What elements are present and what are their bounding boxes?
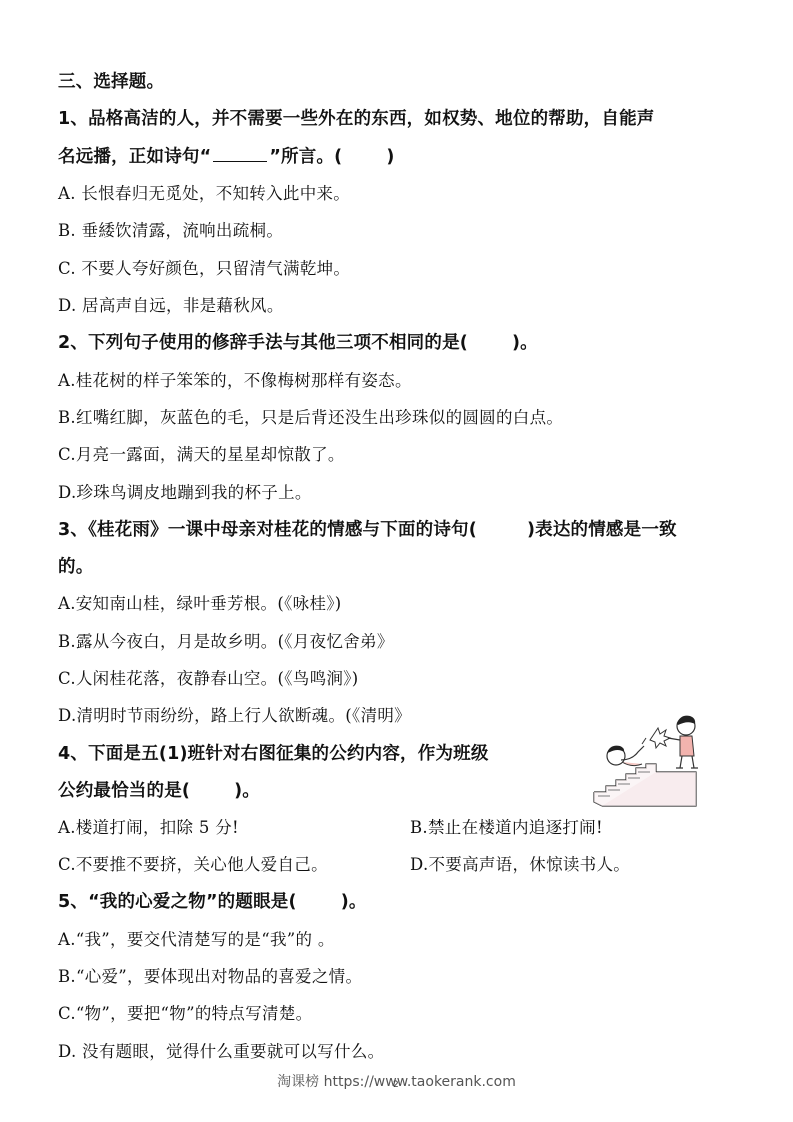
question-2-option-c: C.月亮一露面，满天的星星却惊散了。 — [58, 444, 345, 466]
question-3-option-d: D.清明时节雨纷纷，路上行人欲断魂。(《清明》 — [58, 705, 411, 727]
question-3-stem-line2: 的。 — [58, 556, 93, 578]
question-5-option-b: B.“心爱”，要体现出对物品的喜爱之情。 — [58, 966, 362, 988]
question-5-stem-after: )。 — [341, 892, 367, 912]
question-1-stem-end: ) — [386, 147, 394, 167]
question-5-stem: 5、“我的心爱之物”的题眼是()。 — [58, 891, 367, 913]
fill-in-blank — [213, 147, 267, 162]
question-4-option-b: B.禁止在楼道内追逐打闹! — [410, 817, 603, 839]
question-3-stem-before: 3、《桂花雨》一课中母亲对桂花的情感与下面的诗句( — [58, 520, 477, 540]
stairs-pushing-illustration — [588, 708, 728, 808]
question-1-option-d: D. 居高声自远，非是藉秋风。 — [58, 295, 284, 317]
question-5-option-c: C.“物”，要把“物”的特点写清楚。 — [58, 1003, 312, 1025]
question-2-stem: 2、下列句子使用的修辞手法与其他三项不相同的是()。 — [58, 332, 538, 354]
question-3-stem-after: )表达的情感是一致 — [527, 520, 677, 540]
question-2-option-d: D.珍珠鸟调皮地蹦到我的杯子上。 — [58, 482, 312, 504]
question-5-option-a: A.“我”，要交代清楚写的是“我”的 。 — [58, 929, 335, 951]
question-4-option-a: A.楼道打闹，扣除 5 分! — [58, 817, 239, 839]
question-4-stem-after: )。 — [234, 781, 260, 801]
question-4-option-d: D.不要高声语，休惊读书人。 — [410, 854, 630, 876]
question-3-option-b: B.露从今夜白，月是故乡明。(《月夜忆舍弟》 — [58, 631, 394, 653]
question-2-stem-before: 2、下列句子使用的修辞手法与其他三项不相同的是( — [58, 333, 468, 353]
question-5-option-d: D. 没有题眼，觉得什么重要就可以写什么。 — [58, 1041, 384, 1063]
question-2-option-a: A.桂花树的样子笨笨的，不像梅树那样有姿态。 — [58, 370, 412, 392]
question-4-option-c: C.不要推不要挤，关心他人爱自己。 — [58, 854, 328, 876]
question-1-option-a: A. 长恨春归无觅处，不知转入此中来。 — [58, 183, 350, 205]
question-5-stem-before: 5、“我的心爱之物”的题眼是( — [58, 892, 297, 912]
section-title: 三、选择题。 — [58, 71, 164, 93]
question-1-stem-after: ”所言。( — [269, 147, 342, 167]
page-number: 2 — [393, 1080, 399, 1090]
question-3-option-c: C.人闲桂花落，夜静春山空。(《鸟鸣涧》) — [58, 668, 358, 690]
question-3-stem-line1: 3、《桂花雨》一课中母亲对桂花的情感与下面的诗句()表达的情感是一致 — [58, 519, 677, 541]
question-4-stem-line2: 公约最恰当的是()。 — [58, 780, 260, 802]
question-2-option-b: B.红嘴红脚，灰蓝色的毛，只是后背还没生出珍珠似的圆圆的白点。 — [58, 407, 563, 429]
question-1-stem-line2: 名远播，正如诗句“”所言。() — [58, 146, 395, 168]
question-2-stem-after: )。 — [512, 333, 538, 353]
question-1-option-b: B. 垂緌饮清露，流响出疏桐。 — [58, 220, 283, 242]
question-4-stem-line1: 4、下面是五(1)班针对右图征集的公约内容，作为班级 — [58, 743, 489, 765]
question-4-stem-before: 公约最恰当的是( — [58, 781, 190, 801]
question-1-stem-before: 名远播，正如诗句“ — [58, 147, 211, 167]
question-1-stem-line1: 1、品格高洁的人，并不需要一些外在的东西，如权势、地位的帮助，自能声 — [58, 108, 654, 130]
question-3-option-a: A.安知南山桂，绿叶垂芳根。(《咏桂》) — [58, 593, 342, 615]
question-1-option-c: C. 不要人夸好颜色，只留清气满乾坤。 — [58, 258, 350, 280]
